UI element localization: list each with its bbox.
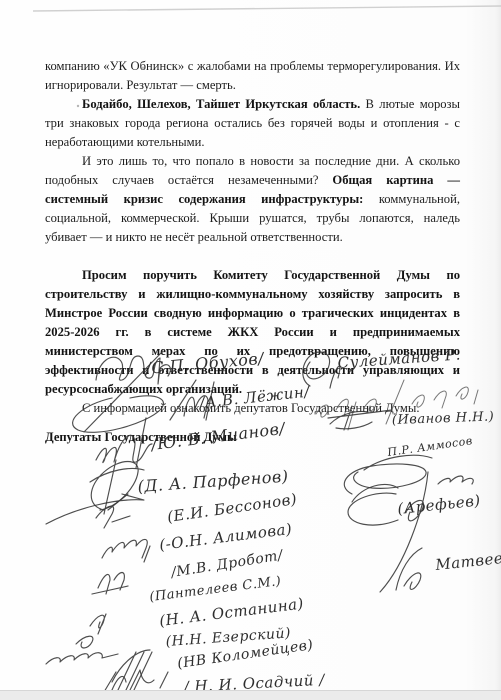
signature-scribble bbox=[90, 460, 144, 514]
signature-scribble bbox=[92, 573, 128, 595]
signature-scribble bbox=[344, 455, 473, 494]
signature-scribble bbox=[102, 539, 150, 562]
signature-scribble bbox=[90, 614, 106, 634]
signature-scribble bbox=[96, 418, 152, 468]
signature-scribble bbox=[76, 636, 93, 648]
signature-scribble bbox=[328, 406, 392, 430]
signatures-and-scan-artifacts-layer: /С.П. Обухов/ /А.В. Лёжин/ /Ю. В. Мианов… bbox=[0, 0, 501, 700]
scan-line-artifact bbox=[33, 6, 501, 11]
signature-caption: П.Р. Аммосов bbox=[386, 434, 474, 459]
signature-scribble bbox=[396, 548, 422, 590]
signature-caption: /Ю. В. Мианов/ bbox=[148, 419, 287, 455]
scan-speck bbox=[77, 105, 79, 107]
signature-scribble bbox=[46, 494, 144, 528]
signature-caption: (Иванов Н.Н.) bbox=[392, 409, 495, 428]
scan-speck bbox=[142, 67, 145, 70]
signature-scribble bbox=[104, 670, 168, 692]
signature-caption: /А.В. Лёжин/ bbox=[197, 382, 312, 412]
signature-caption: (Д. А. Парфенов) bbox=[137, 466, 289, 495]
scan-bottom-edge bbox=[0, 690, 501, 700]
scanned-document-page: компанию «УК Обнинск» с жалобами на проб… bbox=[0, 0, 501, 700]
signature-caption: (Арефьев) bbox=[397, 491, 482, 518]
signature-scribble bbox=[46, 650, 152, 690]
signature-caption: Матвеев bbox=[434, 548, 501, 574]
signature-caption: Сулейманов Р. bbox=[337, 345, 461, 372]
